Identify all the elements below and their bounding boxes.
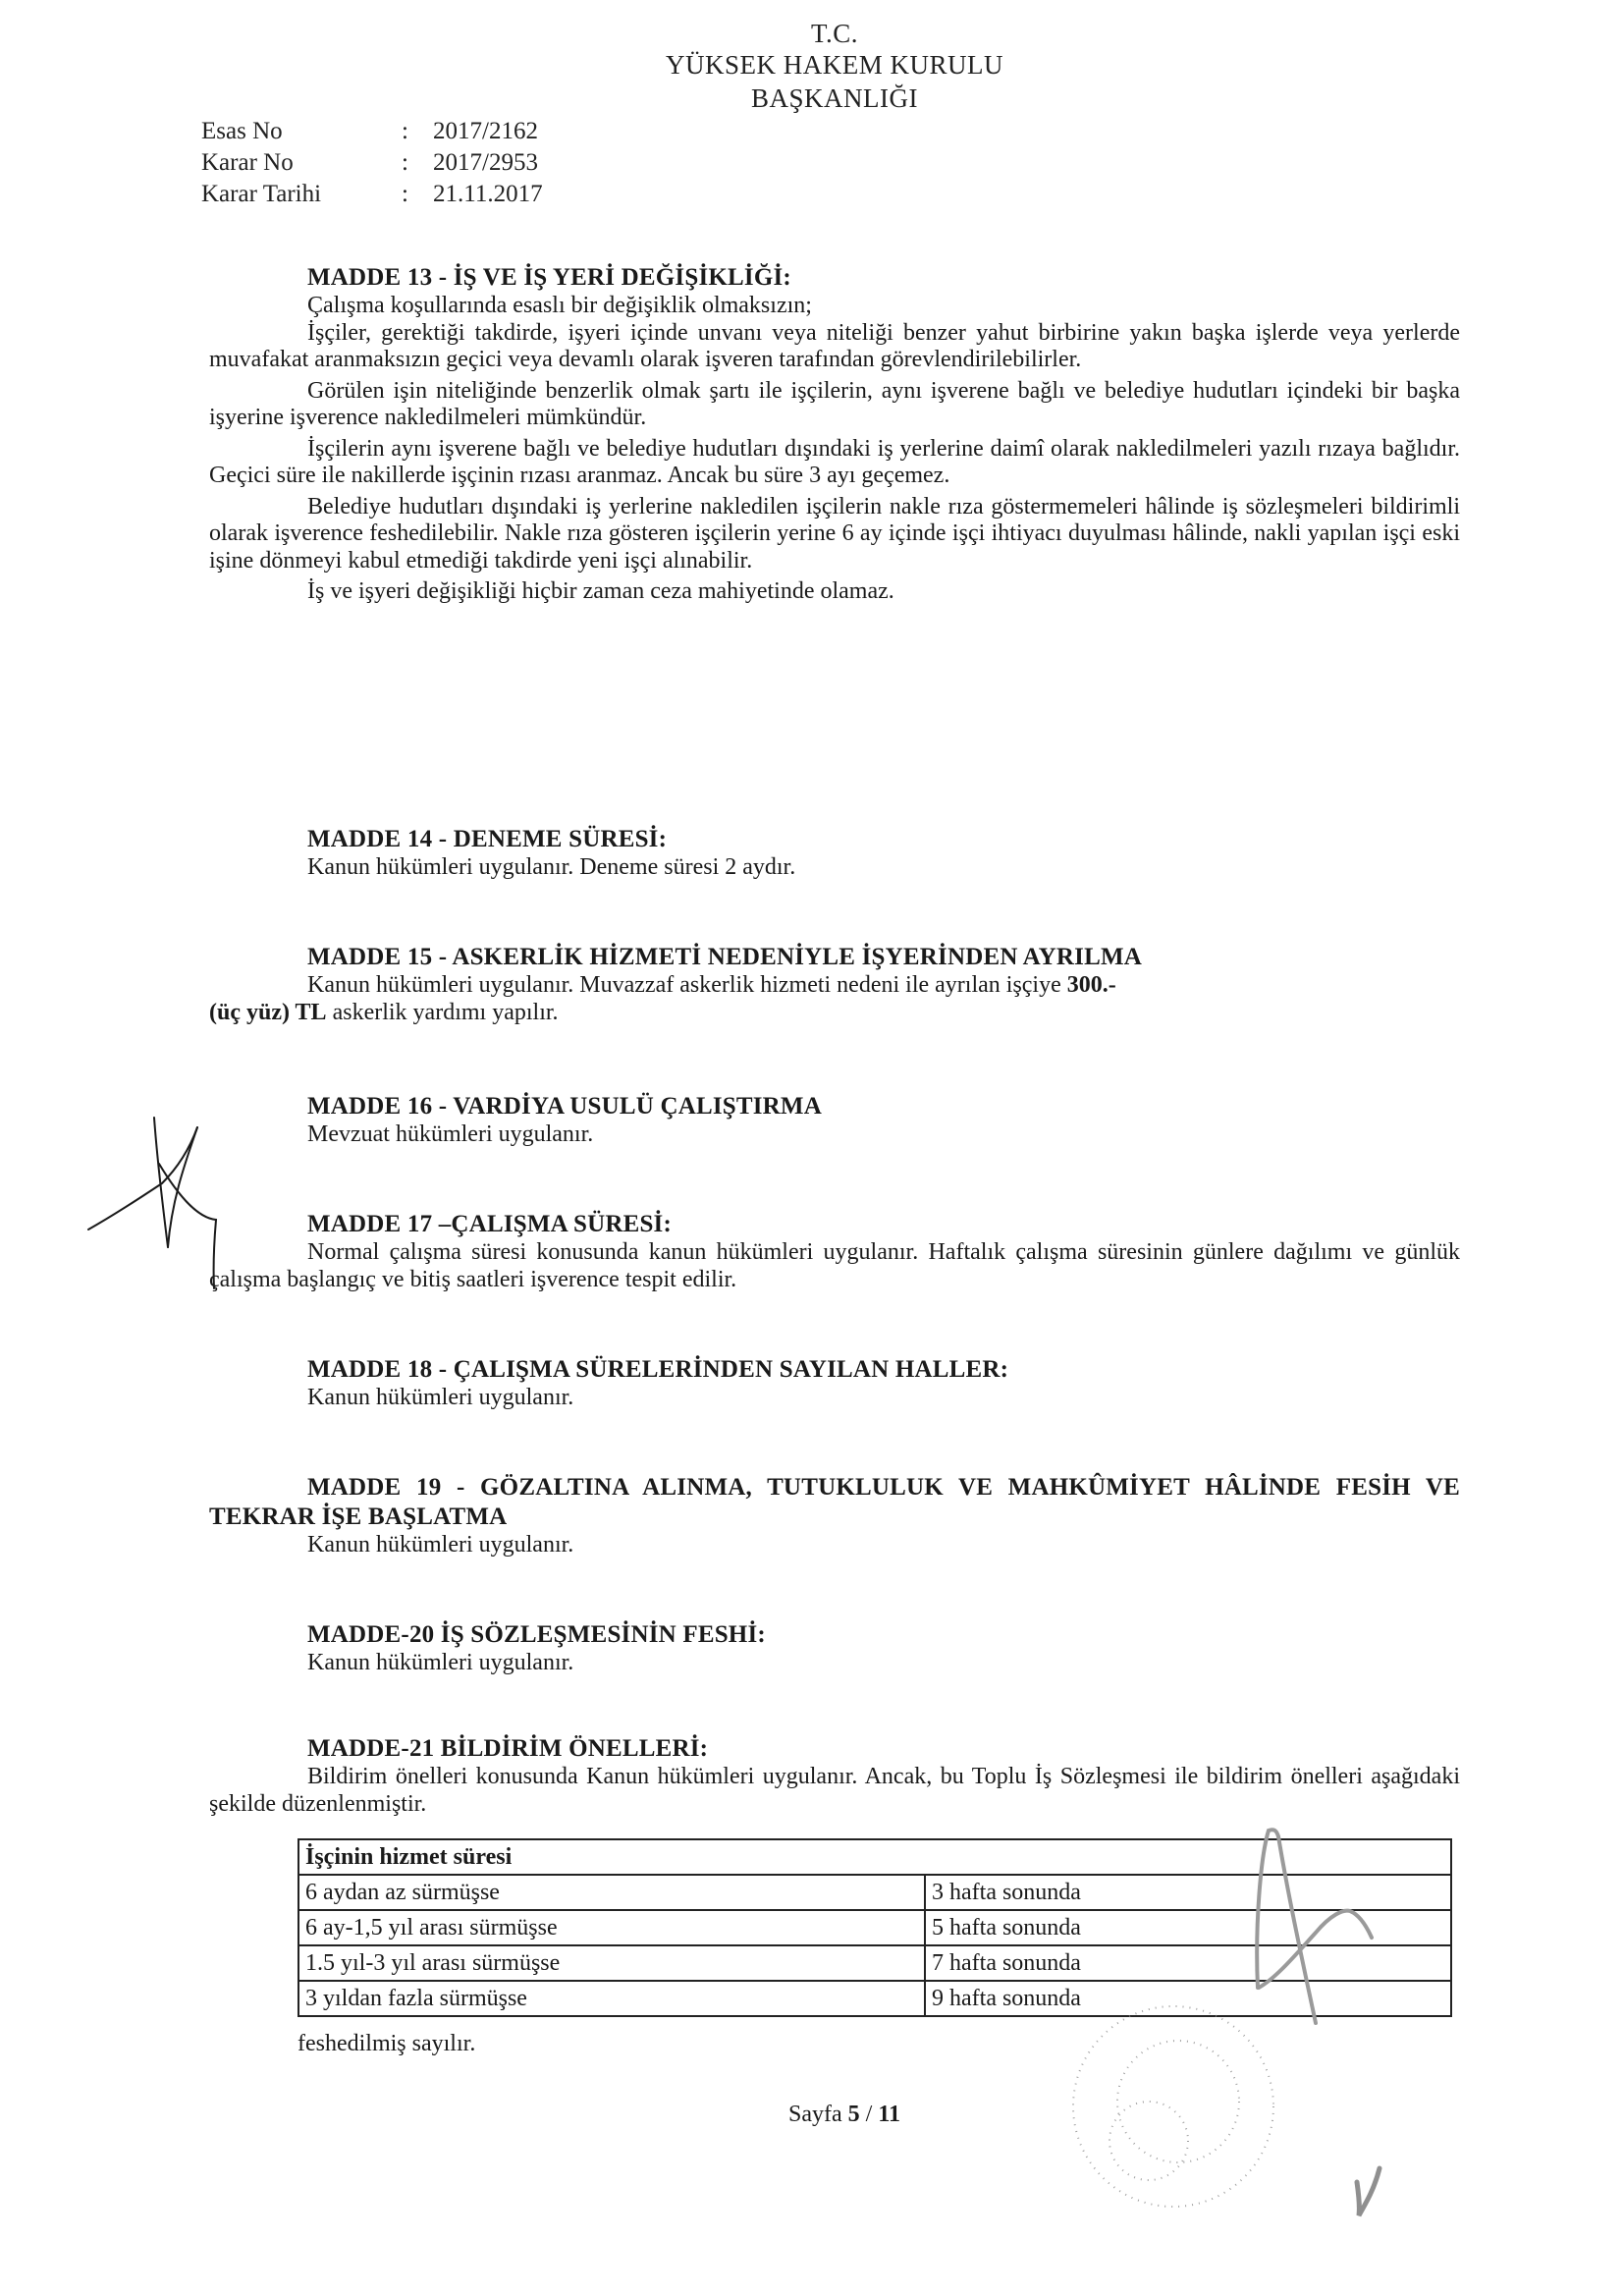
paragraph: İşçilerin aynı işverene bağlı ve belediy… <box>209 436 1460 490</box>
article-13: MADDE 13 - İŞ VE İŞ YERİ DEĞİŞİKLİĞİ: Ça… <box>209 263 1460 606</box>
article-title: MADDE 17 –ÇALIŞMA SÜRESİ: <box>209 1210 1460 1239</box>
article-title: MADDE 14 - DENEME SÜRESİ: <box>209 825 1460 854</box>
meta-karar-tarihi: Karar Tarihi : 21.11.2017 <box>201 179 543 210</box>
article-19: MADDE 19 - GÖZALTINA ALINMA, TUTUKLULUK … <box>209 1473 1460 1559</box>
text: askerlik yardımı yapılır. <box>327 1000 559 1025</box>
meta-colon: : <box>402 147 433 179</box>
paragraph: Kanun hükümleri uygulanır. <box>209 1532 1460 1559</box>
article-15: MADDE 15 - ASKERLİK HİZMETİ NEDENİYLE İŞ… <box>209 943 1460 1026</box>
signature-left-icon <box>88 1118 216 1288</box>
table-header-row: İşçinin hizmet süresi <box>298 1839 1451 1875</box>
meta-value: 21.11.2017 <box>433 179 543 210</box>
article-title: MADDE 15 - ASKERLİK HİZMETİ NEDENİYLE İŞ… <box>209 943 1460 972</box>
article-title: MADDE-21 BİLDİRİM ÖNELLERİ: <box>209 1734 1460 1764</box>
article-20: MADDE-20 İŞ SÖZLEŞMESİNİN FESHİ: Kanun h… <box>209 1620 1460 1677</box>
page-separator: / <box>866 2102 873 2127</box>
amount-words: (üç yüz) TL <box>209 1000 327 1025</box>
case-meta: Esas No : 2017/2162 Karar No : 2017/2953… <box>201 116 543 210</box>
article-title: MADDE 13 - İŞ VE İŞ YERİ DEĞİŞİKLİĞİ: <box>209 263 1460 293</box>
paragraph: Kanun hükümleri uygulanır. <box>209 1385 1460 1412</box>
notice-cell: 7 hafta sonunda <box>925 1945 1451 1981</box>
table-row: 1.5 yıl-3 yıl arası sürmüşse 7 hafta son… <box>298 1945 1451 1981</box>
text: Kanun hükümleri uygulanır. Muvazzaf aske… <box>307 972 1067 998</box>
meta-karar-no: Karar No : 2017/2953 <box>201 147 543 179</box>
duration-cell: 6 ay-1,5 yıl arası sürmüşse <box>298 1910 925 1945</box>
article-18: MADDE 18 - ÇALIŞMA SÜRELERİNDEN SAYILAN … <box>209 1355 1460 1412</box>
paragraph: Kanun hükümleri uygulanır. Deneme süresi… <box>209 854 1460 882</box>
article-title: MADDE 16 - VARDİYA USULÜ ÇALIŞTIRMA <box>209 1092 1460 1121</box>
duration-cell: 6 aydan az sürmüşse <box>298 1875 925 1910</box>
header-tc: T.C. <box>589 18 1080 49</box>
paragraph: Kanun hükümleri uygulanır. Muvazzaf aske… <box>209 972 1460 1026</box>
article-title: MADDE-20 İŞ SÖZLEŞMESİNİN FESHİ: <box>209 1620 1460 1650</box>
meta-value: 2017/2953 <box>433 147 538 179</box>
article-16: MADDE 16 - VARDİYA USULÜ ÇALIŞTIRMA Mevz… <box>209 1092 1460 1149</box>
table-header-cell: İşçinin hizmet süresi <box>298 1839 1451 1875</box>
paragraph: Belediye hudutları dışındaki iş yerlerin… <box>209 494 1460 575</box>
article-14: MADDE 14 - DENEME SÜRESİ: Kanun hükümler… <box>209 825 1460 882</box>
paragraph: Bildirim önelleri konusunda Kanun hüküml… <box>209 1764 1460 1818</box>
duration-cell: 3 yıldan fazla sürmüşse <box>298 1981 925 2016</box>
duration-cell: 1.5 yıl-3 yıl arası sürmüşse <box>298 1945 925 1981</box>
paragraph: feshedilmiş sayılır. <box>209 2031 1460 2058</box>
paragraph: Normal çalışma süresi konusunda kanun hü… <box>209 1239 1460 1293</box>
paragraph: Çalışma koşullarında esaslı bir değişikl… <box>209 293 1460 320</box>
table-row: 6 aydan az sürmüşse 3 hafta sonunda <box>298 1875 1451 1910</box>
header-institution: YÜKSEK HAKEM KURULU <box>589 49 1080 81</box>
meta-value: 2017/2162 <box>433 116 538 147</box>
total-pages: 11 <box>878 2102 900 2127</box>
meta-esas-no: Esas No : 2017/2162 <box>201 116 543 147</box>
amount: 300.- <box>1067 972 1116 998</box>
article-17: MADDE 17 –ÇALIŞMA SÜRESİ: Normal çalışma… <box>209 1210 1460 1293</box>
notice-cell: 5 hafta sonunda <box>925 1910 1451 1945</box>
meta-colon: : <box>402 179 433 210</box>
table-row: 3 yıldan fazla sürmüşse 9 hafta sonunda <box>298 1981 1451 2016</box>
page-number: Sayfa 5 / 11 <box>687 2102 1001 2128</box>
paragraph: Kanun hükümleri uygulanır. <box>209 1650 1460 1677</box>
current-page: 5 <box>848 2102 860 2127</box>
notice-cell: 3 hafta sonunda <box>925 1875 1451 1910</box>
meta-label: Karar No <box>201 147 402 179</box>
header-presidency: BAŞKANLIĞI <box>589 82 1080 114</box>
paragraph: İş ve işyeri değişikliği hiçbir zaman ce… <box>209 578 1460 606</box>
table-row: 6 ay-1,5 yıl arası sürmüşse 5 hafta sonu… <box>298 1910 1451 1945</box>
notice-period-table: İşçinin hizmet süresi 6 aydan az sürmüşs… <box>298 1838 1452 2017</box>
meta-label: Karar Tarihi <box>201 179 402 210</box>
article-title: MADDE 18 - ÇALIŞMA SÜRELERİNDEN SAYILAN … <box>209 1355 1460 1385</box>
check-mark-icon <box>1357 2168 1380 2215</box>
paragraph: Görülen işin niteliğinde benzerlik olmak… <box>209 378 1460 432</box>
meta-label: Esas No <box>201 116 402 147</box>
page-label: Sayfa <box>788 2102 842 2127</box>
article-21-closing: feshedilmiş sayılır. <box>209 2031 1460 2058</box>
notice-cell: 9 hafta sonunda <box>925 1981 1451 2016</box>
paragraph: Mevzuat hükümleri uygulanır. <box>209 1121 1460 1149</box>
meta-colon: : <box>402 116 433 147</box>
article-title: MADDE 19 - GÖZALTINA ALINMA, TUTUKLULUK … <box>209 1473 1460 1532</box>
paragraph: İşçiler, gerektiği takdirde, işyeri için… <box>209 320 1460 374</box>
article-21: MADDE-21 BİLDİRİM ÖNELLERİ: Bildirim öne… <box>209 1734 1460 1818</box>
